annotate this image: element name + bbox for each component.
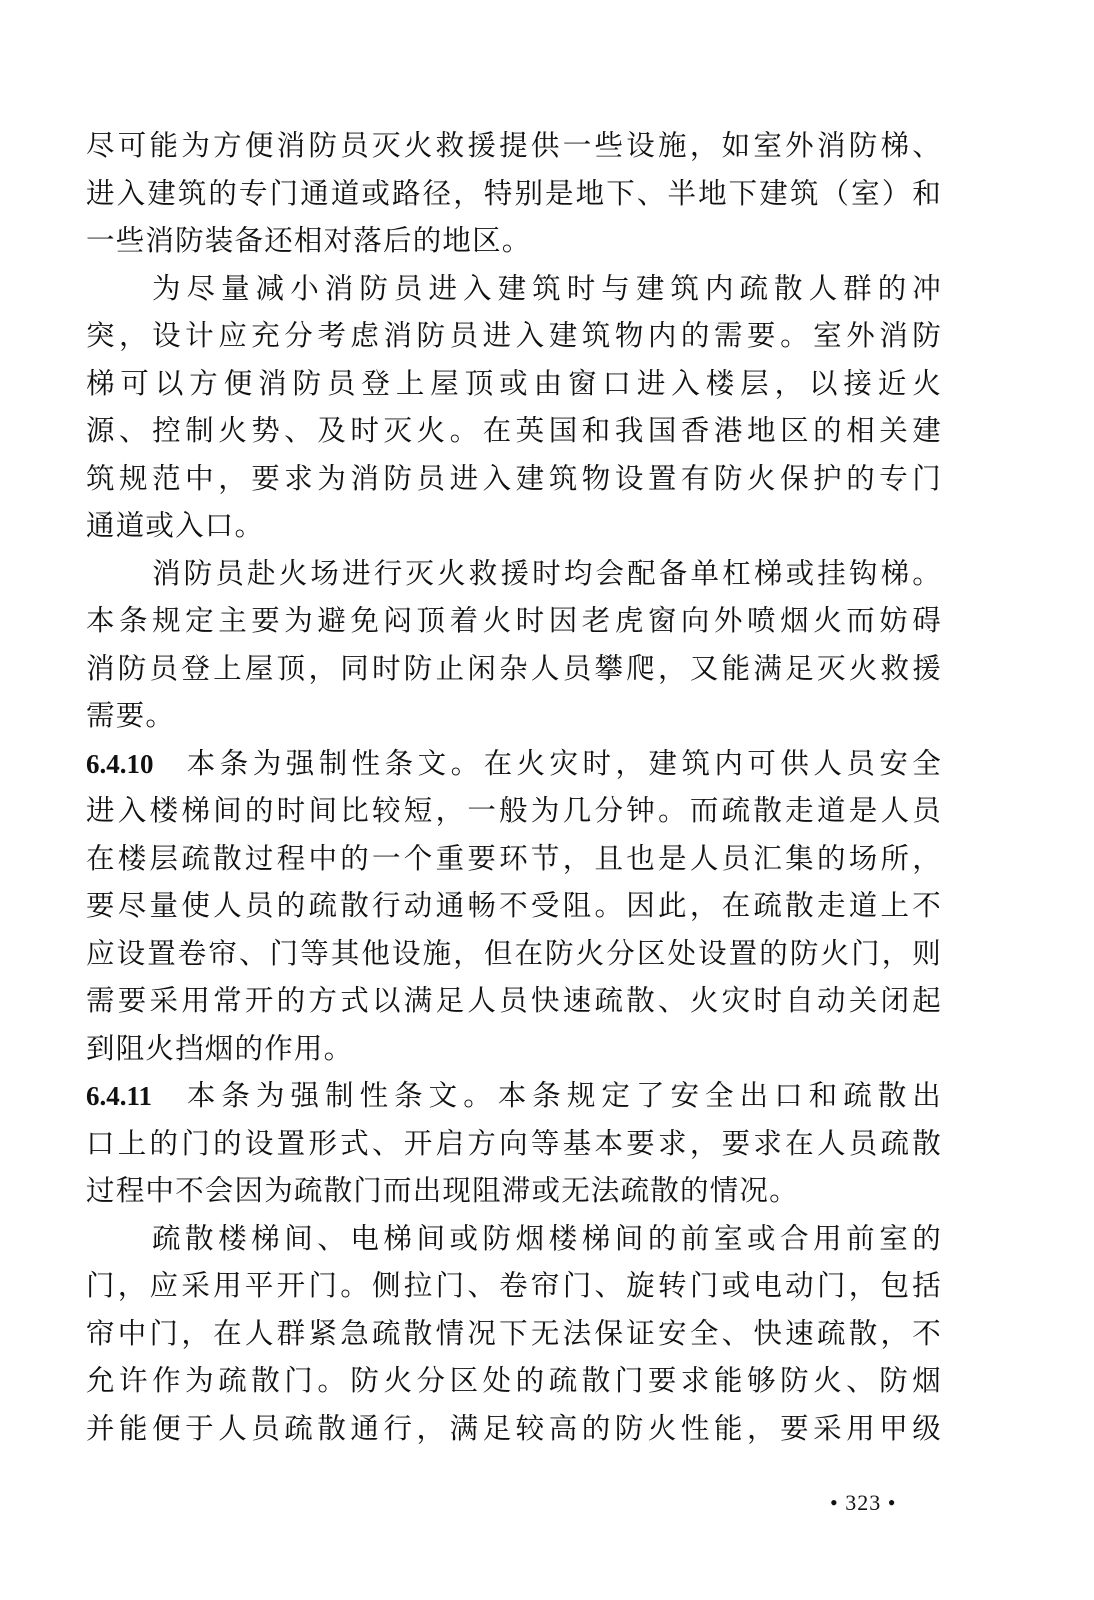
text-line: 门，应采用平开门。侧拉门、卷帘门、旋转门或电动门，包括 [86,1262,942,1310]
text-line: 6.4.11本条为强制性条文。本条规定了安全出口和疏散出 [86,1072,942,1120]
text-line: 梯可以方便消防员登上屋顶或由窗口进入楼层，以接近火 [86,360,942,408]
paragraph-6: 疏散楼梯间、电梯间或防烟楼梯间的前室或合用前室的 门，应采用平开门。侧拉门、卷帘… [86,1215,942,1453]
text-line: 过程中不会因为疏散门而出现阻滞或无法疏散的情况。 [86,1167,942,1215]
text-line: 一些消防装备还相对落后的地区。 [86,217,942,265]
text-line: 疏散楼梯间、电梯间或防烟楼梯间的前室或合用前室的 [86,1215,942,1263]
text-line: 6.4.10本条为强制性条文。在火灾时，建筑内可供人员安全 [86,740,942,788]
text-line: 消防员赴火场进行灭火救援时均会配备单杠梯或挂钩梯。 [86,550,942,598]
text-line: 进入建筑的专门通道或路径，特别是地下、半地下建筑（室）和 [86,170,942,218]
text-line: 筑规范中，要求为消防员进入建筑物设置有防火保护的专门 [86,455,942,503]
text-line: 应设置卷帘、门等其他设施，但在防火分区处设置的防火门，则 [86,930,942,978]
text-line: 本条规定主要为避免闷顶着火时因老虎窗向外喷烟火而妨碍 [86,597,942,645]
document-body: 尽可能为方便消防员灭火救援提供一些设施，如室外消防梯、 进入建筑的专门通道或路径… [86,122,942,1452]
clause-6-4-10: 6.4.10本条为强制性条文。在火灾时，建筑内可供人员安全 进入楼梯间的时间比较… [86,740,942,1073]
text-line: 需要采用常开的方式以满足人员快速疏散、火灾时自动关闭起 [86,977,942,1025]
text-line: 通道或入口。 [86,502,942,550]
page-number: • 323 • [830,1490,896,1516]
clause-6-4-11: 6.4.11本条为强制性条文。本条规定了安全出口和疏散出 口上的门的设置形式、开… [86,1072,942,1215]
paragraph-1: 尽可能为方便消防员灭火救援提供一些设施，如室外消防梯、 进入建筑的专门通道或路径… [86,122,942,265]
clause-text: 本条为强制性条文。在火灾时，建筑内可供人员安全 [184,747,943,780]
text-line: 口上的门的设置形式、开启方向等基本要求，要求在人员疏散 [86,1120,942,1168]
clause-text: 本条为强制性条文。本条规定了安全出口和疏散出 [182,1079,942,1112]
text-line: 要尽量使人员的疏散行动通畅不受阻。因此，在疏散走道上不 [86,882,942,930]
clause-number: 6.4.11 [86,1081,152,1111]
text-line: 在楼层疏散过程中的一个重要环节，且也是人员汇集的场所， [86,835,942,883]
text-line: 允许作为疏散门。防火分区处的疏散门要求能够防火、防烟 [86,1357,942,1405]
text-line: 突，设计应充分考虑消防员进入建筑物内的需要。室外消防 [86,312,942,360]
text-line: 消防员登上屋顶，同时防止闲杂人员攀爬，又能满足灭火救援 [86,645,942,693]
paragraph-3: 消防员赴火场进行灭火救援时均会配备单杠梯或挂钩梯。 本条规定主要为避免闷顶着火时… [86,550,942,740]
text-line: 为尽量减小消防员进入建筑时与建筑内疏散人群的冲 [86,265,942,313]
text-line: 进入楼梯间的时间比较短，一般为几分钟。而疏散走道是人员 [86,787,942,835]
text-line: 帘中门，在人群紧急疏散情况下无法保证安全、快速疏散，不 [86,1310,942,1358]
text-line: 并能便于人员疏散通行，满足较高的防火性能，要采用甲级 [86,1405,942,1453]
paragraph-2: 为尽量减小消防员进入建筑时与建筑内疏散人群的冲 突，设计应充分考虑消防员进入建筑… [86,265,942,550]
text-line: 需要。 [86,692,942,740]
text-line: 尽可能为方便消防员灭火救援提供一些设施，如室外消防梯、 [86,122,942,170]
text-line: 源、控制火势、及时灭火。在英国和我国香港地区的相关建 [86,407,942,455]
clause-number: 6.4.10 [86,749,154,779]
text-line: 到阻火挡烟的作用。 [86,1025,942,1073]
